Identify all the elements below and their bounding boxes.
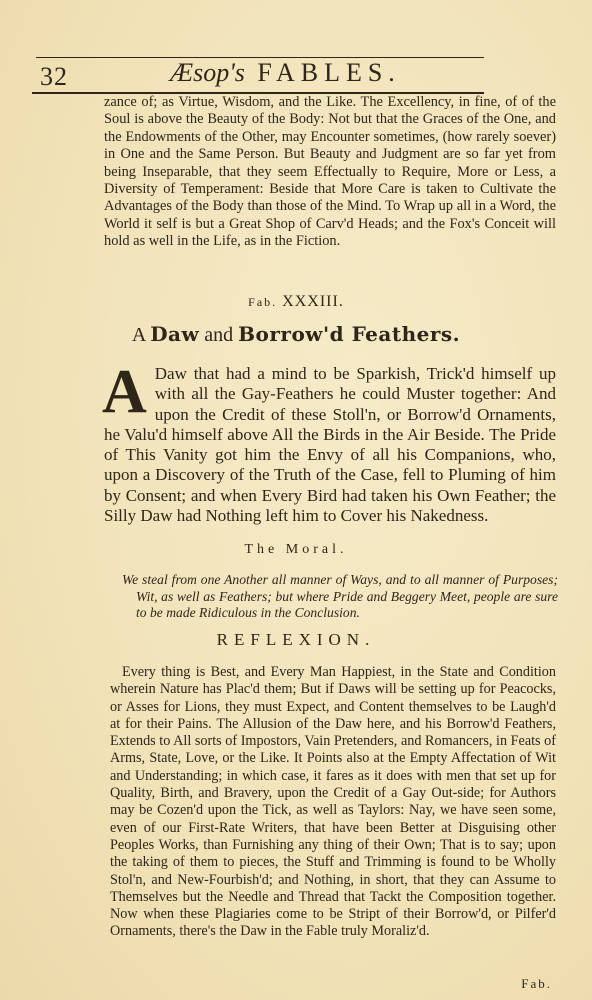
reflexion-text: Every thing is Best, and Every Man Happi…	[110, 664, 556, 941]
page-number: 32	[40, 62, 68, 92]
title-and: and	[204, 324, 233, 346]
moral-heading: The Moral.	[0, 542, 592, 558]
continuation-paragraph: zance of; as Virtue, Wisdom, and the Lik…	[104, 94, 556, 251]
catchword: Fab.	[521, 976, 552, 992]
reflexion-paragraph: Every thing is Best, and Every Man Happi…	[110, 664, 556, 941]
fable-label: Fab.	[248, 295, 277, 309]
fable-paragraph: Daw that had a mind to be Sparkish, Tric…	[104, 364, 556, 526]
fable-number: Fab. XXXIII.	[0, 293, 592, 311]
running-title-main: FABLES.	[257, 58, 400, 87]
moral-paragraph: We steal from one Another all manner of …	[122, 572, 558, 622]
moral-text: We steal from one Another all manner of …	[122, 572, 558, 622]
title-feathers: Borrow'd Feathers.	[238, 322, 460, 346]
continuation-text: zance of; as Virtue, Wisdom, and the Lik…	[104, 94, 556, 251]
drop-cap: A	[102, 368, 147, 416]
title-daw: Daw	[150, 322, 199, 346]
reflexion-heading: REFLEXION.	[0, 630, 592, 650]
fable-roman-number: XXXIII.	[282, 293, 344, 310]
fable-title: A Daw and Borrow'd Feathers.	[0, 322, 592, 347]
running-title-italic: Æsop's	[170, 58, 245, 87]
title-article: A	[132, 324, 145, 346]
book-page: 32 Æsop's FABLES. zance of; as Virtue, W…	[0, 0, 592, 1000]
running-title: Æsop's FABLES.	[170, 58, 401, 88]
fable-text: A Daw that had a mind to be Sparkish, Tr…	[104, 364, 556, 526]
